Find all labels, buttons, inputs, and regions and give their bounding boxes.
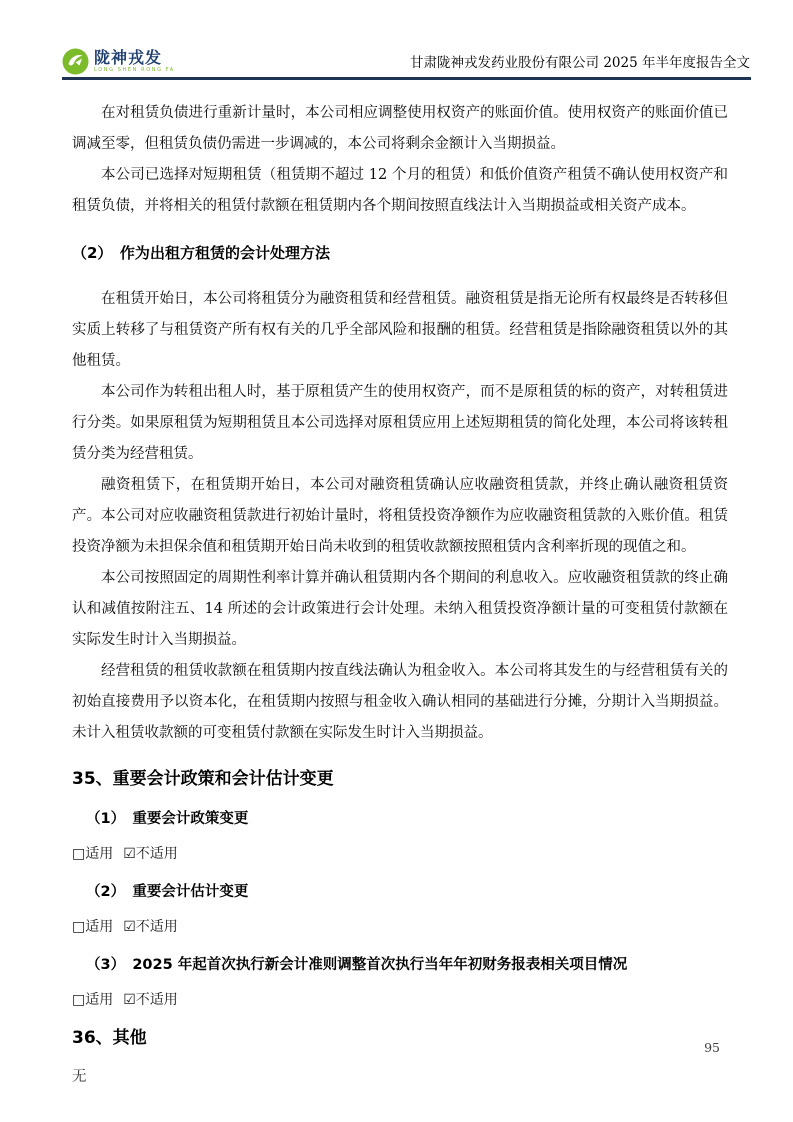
apply-checkbox-option: □适用 [72, 919, 113, 935]
heading-section-36: 36、其他 [72, 1026, 728, 1050]
paragraph-short-term-lease: 本公司已选择对短期租赁（租赁期不超过 12 个月的租赁）和低价值资产租赁不确认使… [72, 160, 728, 222]
page-header: 陇神戎发 LONG SHEN RONG FA 甘肃陇神戎发药业股份有限公司 20… [62, 46, 750, 76]
document-title: 甘肃陇神戎发药业股份有限公司 2025 年半年度报告全文 [410, 51, 750, 71]
paragraph-interest-income: 本公司按照固定的周期性利率计算并确认租赁期内各个期间的利息收入。应收融资租赁款的… [72, 563, 728, 656]
header-divider [62, 77, 751, 80]
applicability-line-new-standards: □适用☑不适用 [72, 990, 728, 1010]
heading-lessor-accounting: （2） 作为出租方租赁的会计处理方法 [72, 242, 728, 264]
paragraph-lease-classification: 在租赁开始日，本公司将租赁分为融资租赁和经营租赁。融资租赁是指无论所有权最终是否… [72, 284, 728, 377]
document-body: 在对租赁负债进行重新计量时，本公司相应调整使用权资产的账面价值。使用权资产的账面… [72, 98, 728, 1087]
section-36-body: 无 [72, 1067, 728, 1087]
paragraph-lease-remeasure: 在对租赁负债进行重新计量时，本公司相应调整使用权资产的账面价值。使用权资产的账面… [72, 98, 728, 160]
heading-new-standards-2025: （3） 2025 年起首次执行新会计准则调整首次执行当年年初财务报表相关项目情况 [86, 955, 728, 975]
paragraph-sublease: 本公司作为转租出租人时，基于原租赁产生的使用权资产，而不是原租赁的标的资产，对转… [72, 377, 728, 470]
logo-company-name: 陇神戎发 [94, 50, 175, 66]
paragraph-finance-lease: 融资租赁下，在租赁期开始日，本公司对融资租赁确认应收融资租赁款，并终止确认融资租… [72, 470, 728, 563]
document-page: 陇神戎发 LONG SHEN RONG FA 甘肃陇神戎发药业股份有限公司 20… [0, 0, 793, 1122]
heading-estimate-change: （2） 重要会计估计变更 [86, 882, 728, 902]
heading-policy-change: （1） 重要会计政策变更 [86, 809, 728, 829]
applicability-line-estimate-change: □适用☑不适用 [72, 917, 728, 937]
company-logo-icon [62, 48, 89, 75]
logo-text-block: 陇神戎发 LONG SHEN RONG FA [94, 50, 175, 73]
company-logo: 陇神戎发 LONG SHEN RONG FA [62, 48, 175, 75]
heading-section-35: 35、重要会计政策和会计估计变更 [72, 767, 728, 791]
apply-checkbox-option: □适用 [72, 992, 113, 1008]
apply-checkbox-option: □适用 [72, 846, 113, 862]
not-apply-checkbox-option: ☑不适用 [123, 992, 178, 1008]
paragraph-operating-lease: 经营租赁的租赁收款额在租赁期内按直线法确认为租金收入。本公司将其发生的与经营租赁… [72, 656, 728, 749]
not-apply-checkbox-option: ☑不适用 [123, 919, 178, 935]
not-apply-checkbox-option: ☑不适用 [123, 846, 178, 862]
applicability-line-policy-change: □适用☑不适用 [72, 844, 728, 864]
page-number: 95 [704, 1040, 720, 1055]
logo-company-name-latin: LONG SHEN RONG FA [94, 68, 175, 73]
